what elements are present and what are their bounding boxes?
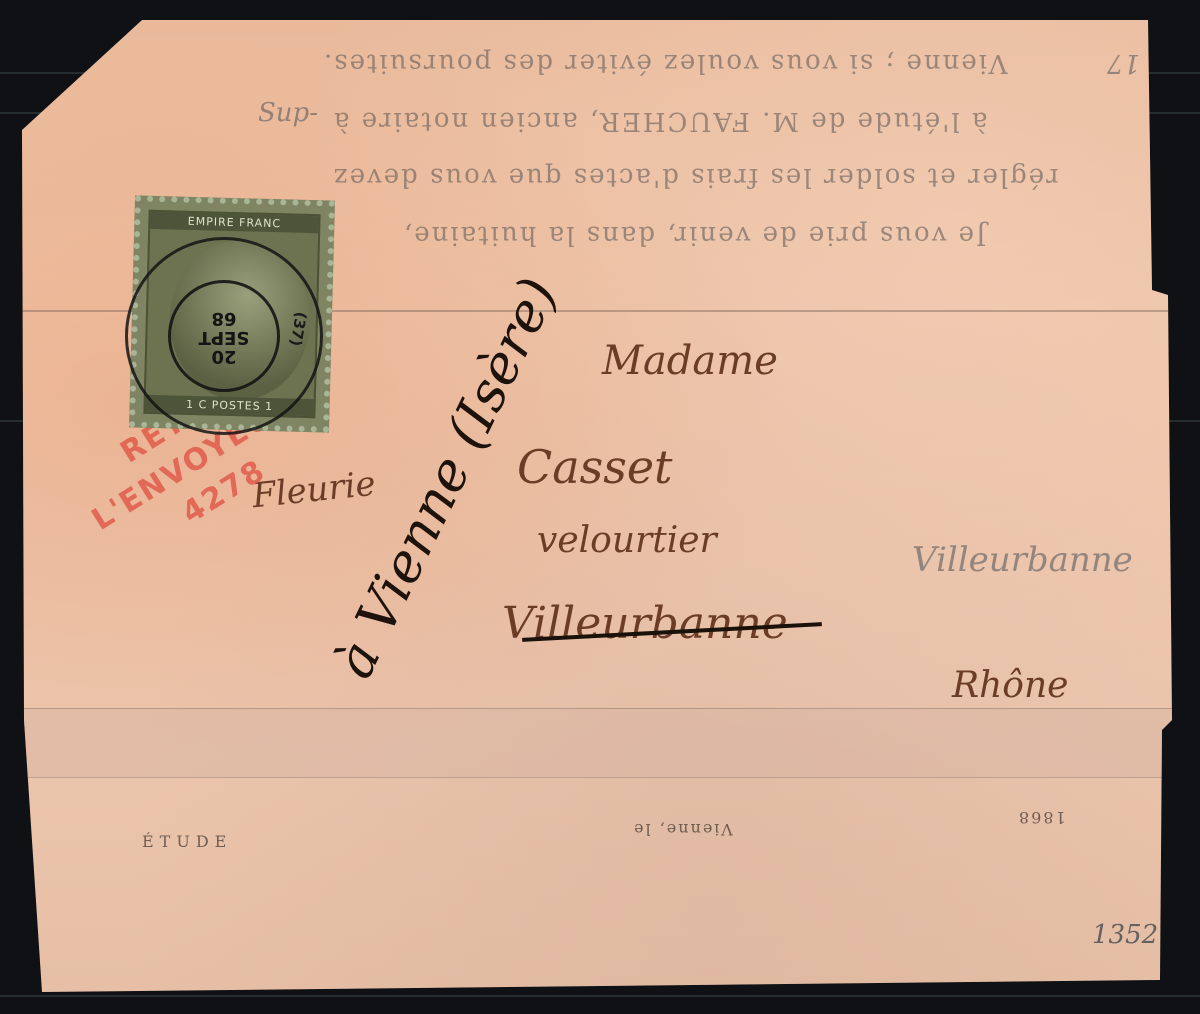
print-vienne-le: Vienne, le [632, 820, 733, 839]
address-trade: velourtier [537, 520, 717, 561]
pencil-note-sup: Sup- [258, 98, 318, 128]
postmark-date: 20 SEPT 68 [171, 309, 277, 366]
circular-postmark: 20 SEPT 68 (37) [125, 237, 323, 435]
address-crossed-town: Villeurbanne [502, 598, 788, 649]
address-salutation: Madame [602, 338, 778, 384]
pencil-note-17: 17 [1107, 48, 1140, 78]
address-name: Casset [517, 440, 673, 494]
stamp-top-label: EMPIRE FRANC [150, 212, 318, 233]
printed-line-2: à l'étude de M. FAUCHER, ancien notaire … [332, 106, 987, 136]
postmark-town-fragment: (37) [287, 310, 311, 347]
print-year: 1868 [1017, 808, 1066, 827]
stamped-town-villeurbanne: Villeurbanne [912, 540, 1133, 580]
postmark-year: 68 [171, 309, 277, 328]
postmark-inner-ring: 20 SEPT 68 [168, 280, 280, 392]
letter-sheet: Vienne ; si vous voulez éviter des pours… [22, 20, 1172, 992]
print-etude: ÉTUDE [142, 832, 232, 851]
postmark-month: SEPT [171, 328, 277, 347]
printed-line-4: Je vous prie de venir, dans la huitaine, [402, 220, 986, 250]
wrapper-band [22, 708, 1172, 778]
backdrop-stripe [0, 995, 1200, 997]
address-region: Rhône [952, 665, 1068, 706]
inventory-number: 1352 [1092, 920, 1158, 950]
postmark-day: 20 [171, 347, 277, 366]
printed-line-1: Vienne ; si vous voulez éviter des pours… [322, 48, 1007, 78]
printed-line-3: régler et solder les frais d'actes que v… [332, 162, 1059, 192]
